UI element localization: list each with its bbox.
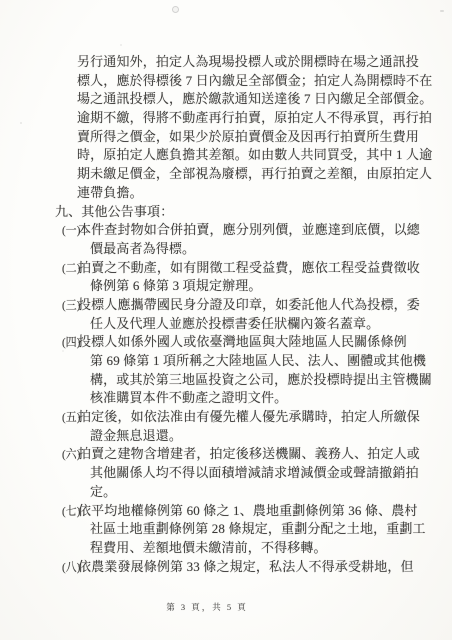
text-line: 逾期不繳，得將不動產再行拍賣，原拍定人不得承買，再行拍 bbox=[0, 109, 452, 128]
text-block: 另行通知外，拍定人為現場投標人或於開標時在場之通訊投標人，應於得標後 7 日內繳… bbox=[0, 53, 452, 576]
text-line: (四)投標人如係外國人或依臺灣地區與大陸地區人民關係條例 bbox=[0, 333, 452, 352]
scan-speckle bbox=[172, 6, 179, 13]
item-number: (四) bbox=[62, 333, 77, 352]
text-line: 程費用、差額地價未繳清前，不得移轉。 bbox=[0, 539, 452, 558]
page-number-footer: 第 3 頁，共 5 頁 bbox=[0, 601, 452, 613]
text-line: 標人，應於得標後 7 日內繳足全部價金；拍定人為開標時不在 bbox=[0, 72, 452, 91]
item-number: (五) bbox=[62, 408, 77, 427]
scan-speckle bbox=[120, 44, 122, 46]
text-line: 條例第 6 條第 3 項規定辦理。 bbox=[0, 277, 452, 296]
text-line: (八)依農業發展條例第 33 條之規定，私法人不得承受耕地，但 bbox=[0, 558, 452, 577]
text-line: 場之通訊投標人，應於繳款通知送達後 7 日內繳足全部價金。 bbox=[0, 90, 452, 109]
text-line: 構，或其於第三地區投資之公司，應於投標時提出主管機關 bbox=[0, 371, 452, 390]
scanned-document-page: 另行通知外，拍定人為現場投標人或於開標時在場之通訊投標人，應於得標後 7 日內繳… bbox=[0, 0, 452, 640]
item-number: (一) bbox=[62, 221, 77, 240]
text-line: (三)投標人應攜帶國民身分證及印章，如委託他人代為投標，委 bbox=[0, 296, 452, 315]
text-line: (一)本件查封物如合併拍賣，應分別列價，並應達到底價，以總 bbox=[0, 221, 452, 240]
text-line: (五)拍定後，如依法准由有優先權人優先承購時，拍定人所繳保 bbox=[0, 408, 452, 427]
text-line: 價最高者為得標。 bbox=[0, 240, 452, 259]
text-line: 期未繳足價金，全部視為廢標，再行拍賣之差額，由原拍定人 bbox=[0, 165, 452, 184]
text-line: 任人及代理人並應於投標書委任狀欄內簽名蓋章。 bbox=[0, 315, 452, 334]
text-line: 時，原拍定人應負擔其差額。如由數人共同買受，其中 1 人逾 bbox=[0, 146, 452, 165]
text-line: 另行通知外，拍定人為現場投標人或於開標時在場之通訊投 bbox=[0, 53, 452, 72]
text-line: 定。 bbox=[0, 483, 452, 502]
text-line: 賣所得之價金，如果少於原拍賣價金及因再行拍賣所生費用 bbox=[0, 128, 452, 147]
item-number: (三) bbox=[62, 296, 77, 315]
text-line: (二)拍賣之不動產，如有開徵工程受益費，應依工程受益費徵收 bbox=[0, 259, 452, 278]
item-number: (六) bbox=[62, 445, 77, 464]
text-line: (七)依平均地權條例第 60 條之 1、農地重劃條例第 36 條、農村 bbox=[0, 502, 452, 521]
item-number: (八) bbox=[62, 558, 77, 577]
text-line: 社區土地重劃條例第 28 條規定，重劃分配之土地，重劃工 bbox=[0, 520, 452, 539]
text-line: 其他關係人均不得以面積增減請求增減價金或聲請撤銷拍 bbox=[0, 464, 452, 483]
scan-speckle bbox=[440, 10, 444, 12]
text-line: 第 69 條第 1 項所稱之大陸地區人民、法人、團體或其他機 bbox=[0, 352, 452, 371]
text-line: 連帶負擔。 bbox=[0, 184, 452, 203]
item-number: (二) bbox=[62, 259, 77, 278]
item-number: (七) bbox=[62, 502, 77, 521]
text-line: (六)拍賣之建物含增建者，拍定後移送機關、義務人、拍定人或 bbox=[0, 445, 452, 464]
text-line: 證金無息退還。 bbox=[0, 427, 452, 446]
text-line: 核准購買本件不動產之證明文件。 bbox=[0, 389, 452, 408]
text-line: 九、其他公告事項： bbox=[0, 203, 452, 222]
